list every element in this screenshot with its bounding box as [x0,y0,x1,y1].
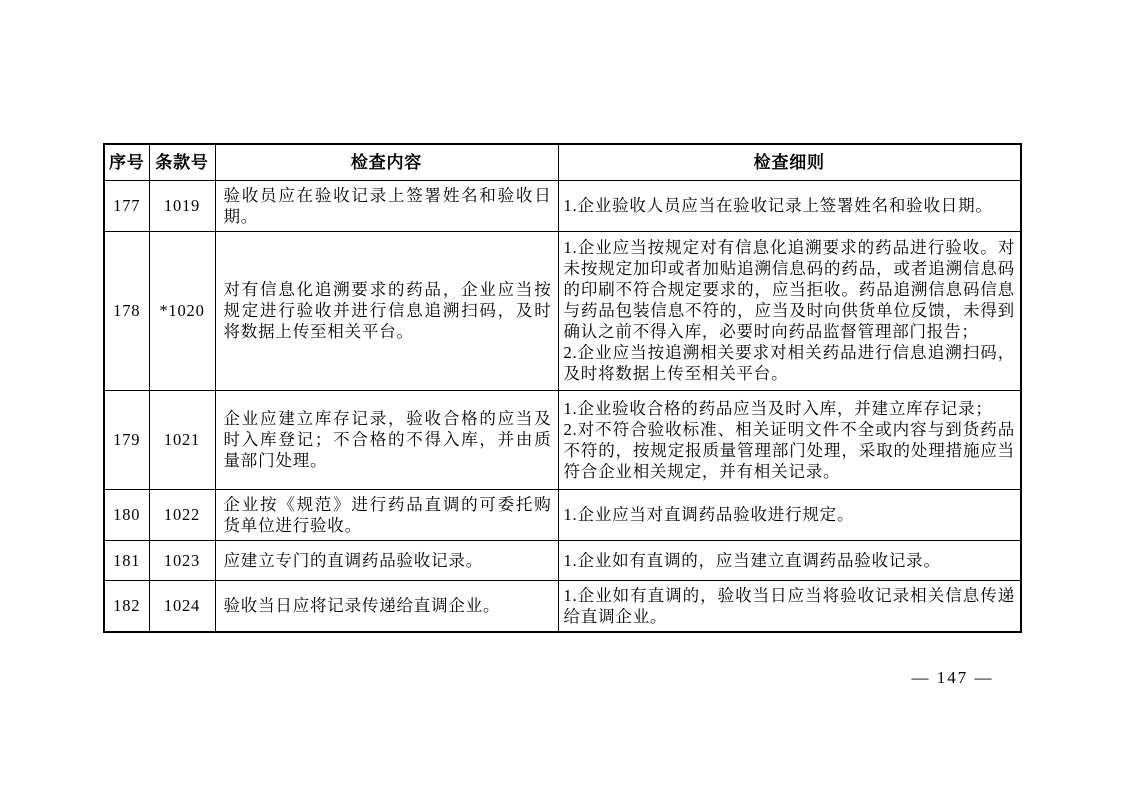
detail-item: 1.企业应当按规定对有信息化追溯要求的药品进行验收。对未按规定加印或者加贴追溯信… [564,237,1016,342]
table-row: 181 1023 应建立专门的直调药品验收记录。 1.企业如有直调的，应当建立直… [104,540,1021,580]
clause-cell: 1024 [149,580,215,632]
table-header: 序号 条款号 检查内容 检查细则 [104,144,1021,180]
seq-cell: 179 [104,390,149,489]
detail-cell: 1.企业如有直调的，验收当日应当将验收记录相关信息传递给直调企业。 [558,580,1021,632]
table-row: 182 1024 验收当日应将记录传递给直调企业。 1.企业如有直调的，验收当日… [104,580,1021,632]
detail-cell: 1.企业验收合格的药品应当及时入库，并建立库存记录；2.对不符合验收标准、相关证… [558,390,1021,489]
detail-item: 1.企业验收人员应当在验收记录上签署姓名和验收日期。 [564,195,1016,216]
seq-cell: 180 [104,489,149,540]
content-cell: 验收当日应将记录传递给直调企业。 [215,580,558,632]
clause-cell: 1022 [149,489,215,540]
table-body: 177 1019 验收员应在验收记录上签署姓名和验收日期。 1.企业验收人员应当… [104,180,1021,632]
table-row: 177 1019 验收员应在验收记录上签署姓名和验收日期。 1.企业验收人员应当… [104,180,1021,231]
clause-cell: *1020 [149,231,215,390]
detail-item: 1.企业如有直调的，验收当日应当将验收记录相关信息传递给直调企业。 [564,585,1016,627]
seq-cell: 177 [104,180,149,231]
content-cell: 对有信息化追溯要求的药品，企业应当按规定进行验收并进行信息追溯扫码，及时将数据上… [215,231,558,390]
content-cell: 应建立专门的直调药品验收记录。 [215,540,558,580]
column-header-content: 检查内容 [215,144,558,180]
clause-cell: 1019 [149,180,215,231]
inspection-table: 序号 条款号 检查内容 检查细则 177 1019 验收员应在验收记录上签署姓名… [103,143,1022,633]
table-row: 179 1021 企业应建立库存记录，验收合格的应当及时入库登记；不合格的不得入… [104,390,1021,489]
content-cell: 企业按《规范》进行药品直调的可委托购货单位进行验收。 [215,489,558,540]
column-header-detail: 检查细则 [558,144,1021,180]
table-row: 180 1022 企业按《规范》进行药品直调的可委托购货单位进行验收。 1.企业… [104,489,1021,540]
seq-cell: 181 [104,540,149,580]
seq-cell: 182 [104,580,149,632]
detail-cell: 1.企业应当按规定对有信息化追溯要求的药品进行验收。对未按规定加印或者加贴追溯信… [558,231,1021,390]
seq-cell: 178 [104,231,149,390]
detail-item: 2.对不符合验收标准、相关证明文件不全或内容与到货药品不符的，按规定报质量管理部… [564,419,1016,482]
clause-cell: 1021 [149,390,215,489]
detail-cell: 1.企业如有直调的，应当建立直调药品验收记录。 [558,540,1021,580]
table-row: 178 *1020 对有信息化追溯要求的药品，企业应当按规定进行验收并进行信息追… [104,231,1021,390]
detail-cell: 1.企业应当对直调药品验收进行规定。 [558,489,1021,540]
column-header-seq: 序号 [104,144,149,180]
detail-item: 1.企业应当对直调药品验收进行规定。 [564,504,1016,525]
column-header-clause: 条款号 [149,144,215,180]
content-cell: 验收员应在验收记录上签署姓名和验收日期。 [215,180,558,231]
document-page: 序号 条款号 检查内容 检查细则 177 1019 验收员应在验收记录上签署姓名… [0,0,1122,793]
content-cell: 企业应建立库存记录，验收合格的应当及时入库登记；不合格的不得入库，并由质量部门处… [215,390,558,489]
detail-item: 2.企业应当按追溯相关要求对相关药品进行信息追溯扫码，及时将数据上传至相关平台。 [564,342,1016,384]
clause-cell: 1023 [149,540,215,580]
detail-item: 1.企业如有直调的，应当建立直调药品验收记录。 [564,550,1016,571]
header-row: 序号 条款号 检查内容 检查细则 [104,144,1021,180]
detail-cell: 1.企业验收人员应当在验收记录上签署姓名和验收日期。 [558,180,1021,231]
page-number: — 147 — [880,668,1025,688]
detail-item: 1.企业验收合格的药品应当及时入库，并建立库存记录； [564,398,1016,419]
